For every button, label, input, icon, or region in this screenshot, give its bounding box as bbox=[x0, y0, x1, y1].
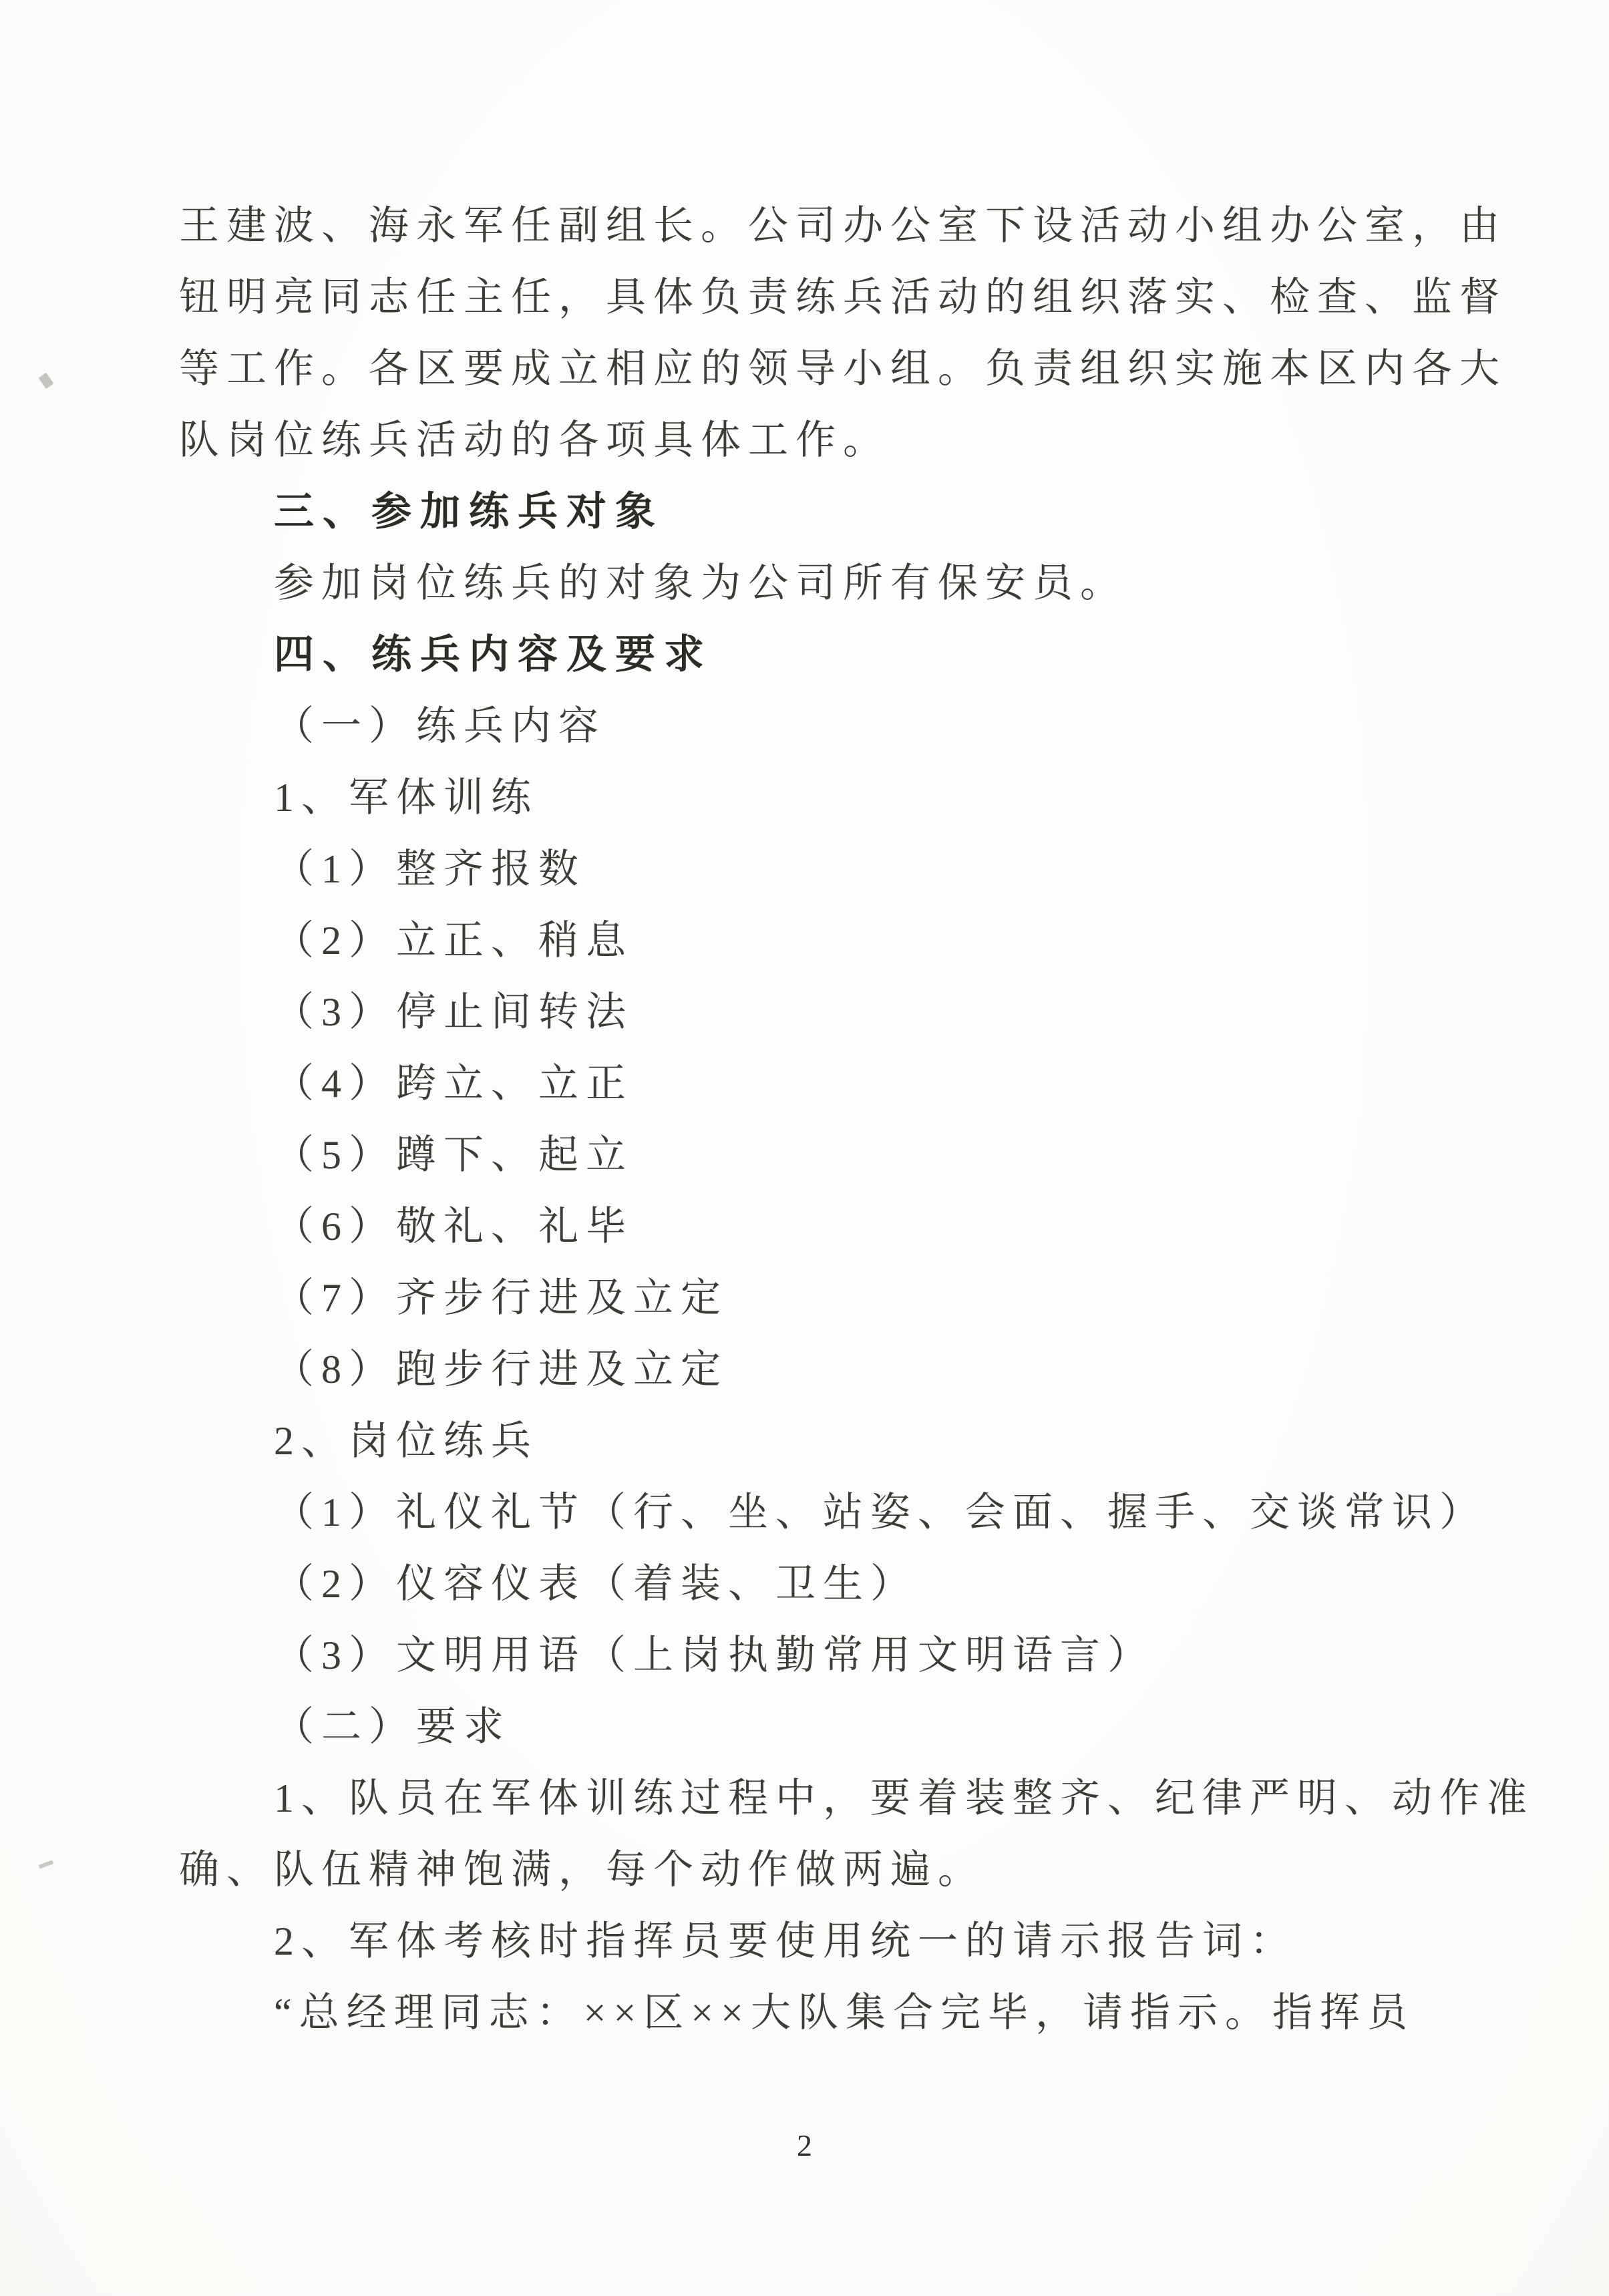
text-line: （5）蹲下、起立 bbox=[179, 1120, 1537, 1191]
section-heading-line: 四、练兵内容及要求 bbox=[179, 619, 1537, 691]
page-footer: 2 bbox=[0, 2128, 1609, 2163]
text-line: （4）跨立、立正 bbox=[179, 1048, 1537, 1120]
text-line: 等工作。各区要成立相应的领导小组。负责组织实施本区内各大 bbox=[179, 333, 1537, 405]
text-line: 1、队员在军体训练过程中，要着装整齐、纪律严明、动作准 bbox=[179, 1763, 1537, 1834]
text-line: （3）文明用语（上岗执勤常用文明语言） bbox=[179, 1620, 1537, 1691]
scan-artifact bbox=[39, 1860, 54, 1868]
text-line: “总经理同志：××区××大队集合完毕，请指示。指挥员 bbox=[179, 1977, 1537, 2049]
scan-artifact bbox=[39, 373, 54, 389]
page-number: 2 bbox=[797, 2128, 812, 2162]
text-line: 1、军体训练 bbox=[179, 762, 1537, 834]
document-body: 王建波、海永军任副组长。公司办公室下设活动小组办公室，由钮明亮同志任主任，具体负… bbox=[179, 190, 1537, 2049]
text-line: （一）练兵内容 bbox=[179, 691, 1537, 762]
scanned-document-page: 王建波、海永军任副组长。公司办公室下设活动小组办公室，由钮明亮同志任主任，具体负… bbox=[0, 0, 1609, 2296]
text-line: 2、岗位练兵 bbox=[179, 1406, 1537, 1477]
text-line: （3）停止间转法 bbox=[179, 977, 1537, 1048]
text-line: （2）仪容仪表（着装、卫生） bbox=[179, 1548, 1537, 1620]
text-line: （6）敬礼、礼毕 bbox=[179, 1191, 1537, 1263]
text-line: 钮明亮同志任主任，具体负责练兵活动的组织落实、检查、监督 bbox=[179, 262, 1537, 333]
text-line: （二）要求 bbox=[179, 1691, 1537, 1763]
text-line: 2、军体考核时指挥员要使用统一的请示报告词： bbox=[179, 1906, 1537, 1977]
text-line: （1）礼仪礼节（行、坐、站姿、会面、握手、交谈常识） bbox=[179, 1477, 1537, 1548]
text-line: （1）整齐报数 bbox=[179, 834, 1537, 905]
text-line: （7）齐步行进及立定 bbox=[179, 1263, 1537, 1334]
text-line: 王建波、海永军任副组长。公司办公室下设活动小组办公室，由 bbox=[179, 190, 1537, 262]
text-line: （2）立正、稍息 bbox=[179, 905, 1537, 977]
text-line: 参加岗位练兵的对象为公司所有保安员。 bbox=[179, 548, 1537, 619]
text-line: （8）跑步行进及立定 bbox=[179, 1334, 1537, 1406]
text-line: 确、队伍精神饱满，每个动作做两遍。 bbox=[179, 1834, 1537, 1906]
text-line: 队岗位练兵活动的各项具体工作。 bbox=[179, 405, 1537, 476]
section-heading-line: 三、参加练兵对象 bbox=[179, 476, 1537, 548]
